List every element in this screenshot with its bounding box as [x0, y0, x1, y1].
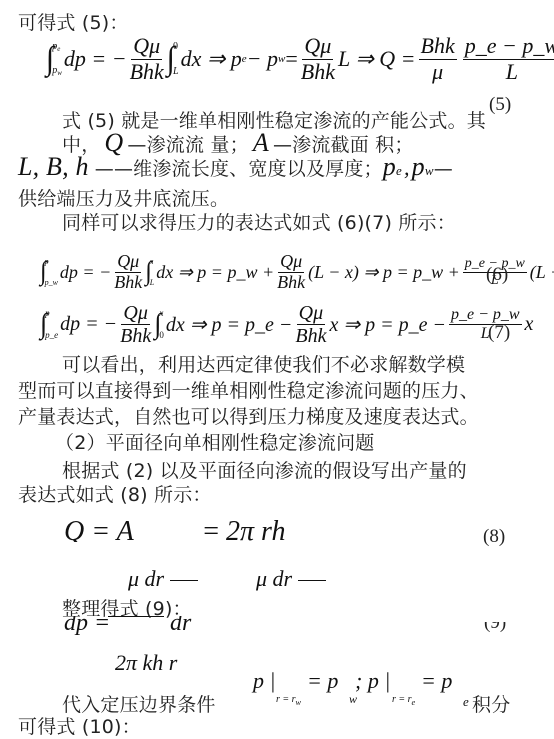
boundary-val2-sub: e [463, 694, 469, 710]
text-line: 产量表达式，自然也可以得到压力梯度及速度表达式。 [18, 402, 479, 429]
text-line: 可得式 (10)： [18, 712, 141, 739]
boundary-sub2: r = re [392, 694, 415, 707]
text-line: 同样可以求得压力的表达式如式 (6)(7) 所示： [62, 208, 456, 235]
boundary-eq2: = p [421, 668, 452, 694]
boundary-sub1: r = rw [276, 694, 301, 707]
equation-7: ∫pp_e dp = − QμBhk ∫x0 dx ⇒ p = p_e − Qμ… [40, 302, 533, 346]
equation-9-denominator: 2π kh r [115, 650, 177, 676]
equation-6: ∫pp_w dp = − QμBhk ∫xL dx ⇒ p = p_w + Qμ… [40, 250, 554, 294]
text-line: 根据式 (2) 以及平面径向渗流的假设写出产量的 [62, 456, 467, 483]
math-fragment-mu-dr-1: μ dr [128, 566, 198, 592]
equation-8: Q = A = 2π rh [64, 516, 285, 548]
boundary-val1-sub: w [349, 692, 357, 707]
equation-number-6: (6) [486, 264, 508, 286]
boundary-eq1: = p [307, 668, 338, 694]
text-line: 可以看出，利用达西定律使我们不必求解数学模 [62, 350, 465, 377]
fraction-q-mu-over-bhk: QμBhk [130, 34, 164, 83]
text-line: 积分 [472, 690, 510, 717]
text-line: 表达式如式 (8) 所示： [18, 480, 212, 507]
fraction-bar [108, 616, 164, 617]
math-fragment-mu-dr-2: μ dr [256, 566, 326, 592]
integral-1: ∫ pe pw [46, 41, 62, 77]
text-line: 供给端压力及井底流压。 [18, 184, 229, 211]
boundary-p1: p | [253, 668, 276, 694]
text-line-definitions-2: L, B, h ——维渗流长度、宽度以及厚度； pe , pw — [18, 152, 453, 182]
equation-5: ∫ pe pw dp = − QμBhk ∫ 0L dx ⇒ pe − pw =… [46, 30, 554, 88]
equation-number-7: (7) [488, 322, 510, 344]
text-line: 型而可以直接得到一维单相刚性稳定渗流问题的压力、 [18, 376, 479, 403]
equation-number-9: (9) [484, 612, 506, 634]
equation-number-8: (8) [483, 526, 505, 548]
equation-number-5: (5) [489, 94, 511, 116]
boundary-p2: ; p | [355, 668, 390, 694]
integral-2: ∫ 0L [167, 41, 179, 77]
section-heading: （2）平面径向单相刚性稳定渗流问题 [55, 428, 375, 455]
